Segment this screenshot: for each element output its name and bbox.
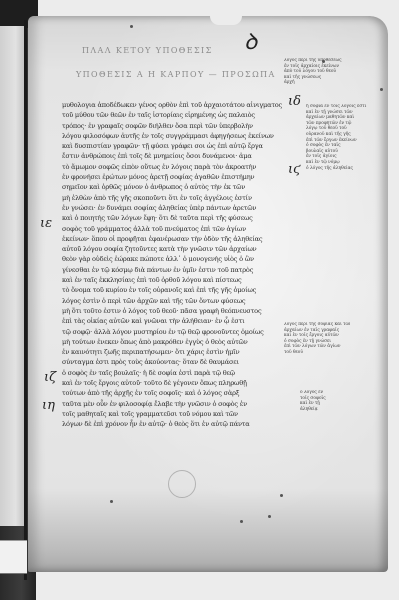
text-line: τούτων ἀπὸ τῆς ἀρχῆς ἐν τοῖς σοφοῖς· καὶ… <box>62 388 284 398</box>
text-line: τρόπος· ἐν γραφαῖς σοφῶν διήλθεν ὅσα περ… <box>62 121 284 131</box>
library-stamp <box>168 470 196 498</box>
text-line: θεὸν γὰρ οὐδεὶς ἑώρακε πώποτε ἀλλ᾽ ὁ μον… <box>62 254 284 264</box>
text-line: τοῦ μύθου τῶν θεῶν ἐν ταῖς ἱστορίαις εἰρ… <box>62 110 284 120</box>
margin-mark-3: ιε <box>40 216 52 231</box>
text-line: λόγων δὲ ἐπὶ χρόνον ἦν ἐν αὐτῷ· ὁ θεὸς ὅ… <box>62 419 284 429</box>
parchment-speck <box>322 60 325 63</box>
margin-note-right-lower: λόγος περὶ τῆς σοφίας καὶ τῶν ἀρχαίων ἐν… <box>284 322 350 356</box>
parchment-speck <box>268 515 271 518</box>
text-line: ἐν καινότητι ζωῆς περιπατήσωμεν· ὅτι χάρ… <box>62 347 284 357</box>
margin-line: ἀληθείᾳ <box>300 407 340 413</box>
margin-note-right-upper: ἡ σοφία ἐν τοῖς λόγοις ἐστὶ καὶ ἐν τῇ γν… <box>306 104 372 171</box>
margin-line: λόγος περὶ τῆς σοφίας καὶ τῶν <box>284 322 350 328</box>
margin-mark-1: ιδ <box>288 94 301 109</box>
text-line: γίνεσθαι ἐν τῷ κόσμῳ διὰ πάντων ἐν ὑμῖν … <box>62 265 284 275</box>
text-line: αὐτοῦ λόγου σοφία ζητοῦντες κατὰ τὴν γνῶ… <box>62 244 284 254</box>
text-line: τοῖς μαθηταῖς καὶ τοῖς γραμματεῦσι τοῦ ν… <box>62 409 284 419</box>
parchment-speck <box>240 520 243 523</box>
margin-line: λόγος περὶ τῆς ὑποθέσεως <box>284 58 346 64</box>
parchment-speck <box>110 500 113 503</box>
text-line: καὶ ὁ ποιητὴς τῶν λόγων ἔφη· ὅτι δὲ ταῦτ… <box>62 213 284 223</box>
parchment-speck <box>280 494 283 497</box>
text-line: λόγος ἐστὶν ὁ περὶ τῶν ἀρχῶν καὶ τῆς τῶν… <box>62 296 284 306</box>
margin-mark-2: ιϛ <box>288 162 300 177</box>
text-line: ὁ σοφὸς ἐν ταῖς βουλαῖς· ἡ δὲ σοφία ἐστὶ… <box>62 368 284 378</box>
text-line: μὴ τούτων ἐνεκεν ὅπως ἀπὸ μακρόθεν ἐγγὺς… <box>62 337 284 347</box>
text-line: σοφὸς τοῦ γράμματος ἀλλὰ τοῦ πνεύματος ἐ… <box>62 224 284 234</box>
text-line: ἐν φρονήσει ἐρώτων μόνος ἀρετῇ σοφίας ἀγ… <box>62 172 284 182</box>
text-line: σύνταγμα ἐστι πρὸς τοὺς ἀκούοντας· ὅταν … <box>62 357 284 367</box>
text-line: ἐκείνων· ὅπου οἱ προφῆται ἐφανέρωσαν τὴν… <box>62 234 284 244</box>
text-line: μὴ ἐλθὼν ἀπὸ τῆς γῆς σκοποῦντι ὅτι ἐν το… <box>62 193 284 203</box>
folio-number: ꝺ <box>244 26 257 56</box>
text-line: καὶ ἐν ταῖς ἐκκλησίαις ἐπὶ τοῦ ὀρθοῦ λόγ… <box>62 275 284 285</box>
margin-line: τοῦ θεοῦ <box>284 350 350 356</box>
main-text-block: μυθολογια ἀποδέδωκεν γένος ορθὸν ἐπὶ τοῦ… <box>62 100 284 430</box>
faded-title-line-2: ΥΠΟΘΕΣΙΣ Α Η ΚΑΡΠΟΥ — ΠΡΟΣΩΠΑ <box>76 70 276 79</box>
spine-gutter <box>24 20 27 580</box>
previous-leaf <box>0 26 26 526</box>
margin-line: ἡ σοφία ἐν τοῖς λόγοις ἐστὶ <box>306 104 372 110</box>
text-line: τὸ ἄμωμον σοφῶς εἰπὸν οὕτως ἐν λόγοις πα… <box>62 162 284 172</box>
text-line: μυθολογια ἀποδέδωκεν γένος ορθὸν ἐπὶ τοῦ… <box>62 100 284 110</box>
faded-title-line-1: ΠΛΑΛ ΚΕΤΟΥ ΥΠΟΘΕΣΙΣ <box>82 46 213 55</box>
margin-line: ἀρχή <box>284 80 346 86</box>
text-line: καὶ δυσπιστίαν γραφῶν· τῇ φύσει γράφει σ… <box>62 141 284 151</box>
parchment-speck <box>130 25 133 28</box>
text-line: μὴ ὅτι τοῦτο ἐστιν ὁ λόγος τοῦ θεοῦ· πᾶσ… <box>62 306 284 316</box>
text-line: ἔστιν ἀνθρώποις ἐπὶ τοῖς δὲ μνημείοις ὅσ… <box>62 151 284 161</box>
text-line: καὶ ἐν τοῖς ἔργοις αὐτοῦ· τοῦτο δὲ γέγον… <box>62 378 284 388</box>
parchment-speck <box>380 88 383 91</box>
margin-line: ὁ λόγος τῆς ἀληθείας <box>306 166 372 172</box>
binding-strap <box>0 540 27 574</box>
margin-note-right-bottom: ὁ λόγος ἐν τοῖς σοφοῖς καὶ ἐν τῇ ἀληθείᾳ <box>300 390 340 412</box>
text-line: τὸ ὄνομα τοῦ κυρίου ἐν τοῖς οὐρανοῖς καὶ… <box>62 285 284 295</box>
margin-note-top-right: λόγος περὶ τῆς ὑποθέσεως ἐν τοῖς ἀρχαίοι… <box>284 58 346 86</box>
text-line: ἐν γνώσει· ἐν δυνάμει σοφίας ἀληθείας ὑπ… <box>62 203 284 213</box>
text-line: λόγου φιλοσόφων ἀυτῆς ἐν τοῖς συγγράμμασ… <box>62 131 284 141</box>
margin-mark-5: ιη <box>42 398 55 413</box>
text-line: σημεῖον καὶ ὀρθῶς μόνον ὁ ἀνθρωπος ὁ αὐτ… <box>62 182 284 192</box>
margin-mark-4: ιζ <box>44 370 56 385</box>
text-line: ταῦτα μὲν οὖν ἐν φιλοσοφίᾳ ἔλαβε τὴν γνῶ… <box>62 399 284 409</box>
page-edge-notch <box>210 16 242 25</box>
text-line: ἐπὶ τὰς οἰκίας αὐτῶν καὶ γνῶναι τὴν ἀλήθ… <box>62 316 284 326</box>
text-line: τῷ σοφῷ· ἀλλὰ λόγον μυστηρίου ἐν τῷ θεῷ … <box>62 327 284 337</box>
